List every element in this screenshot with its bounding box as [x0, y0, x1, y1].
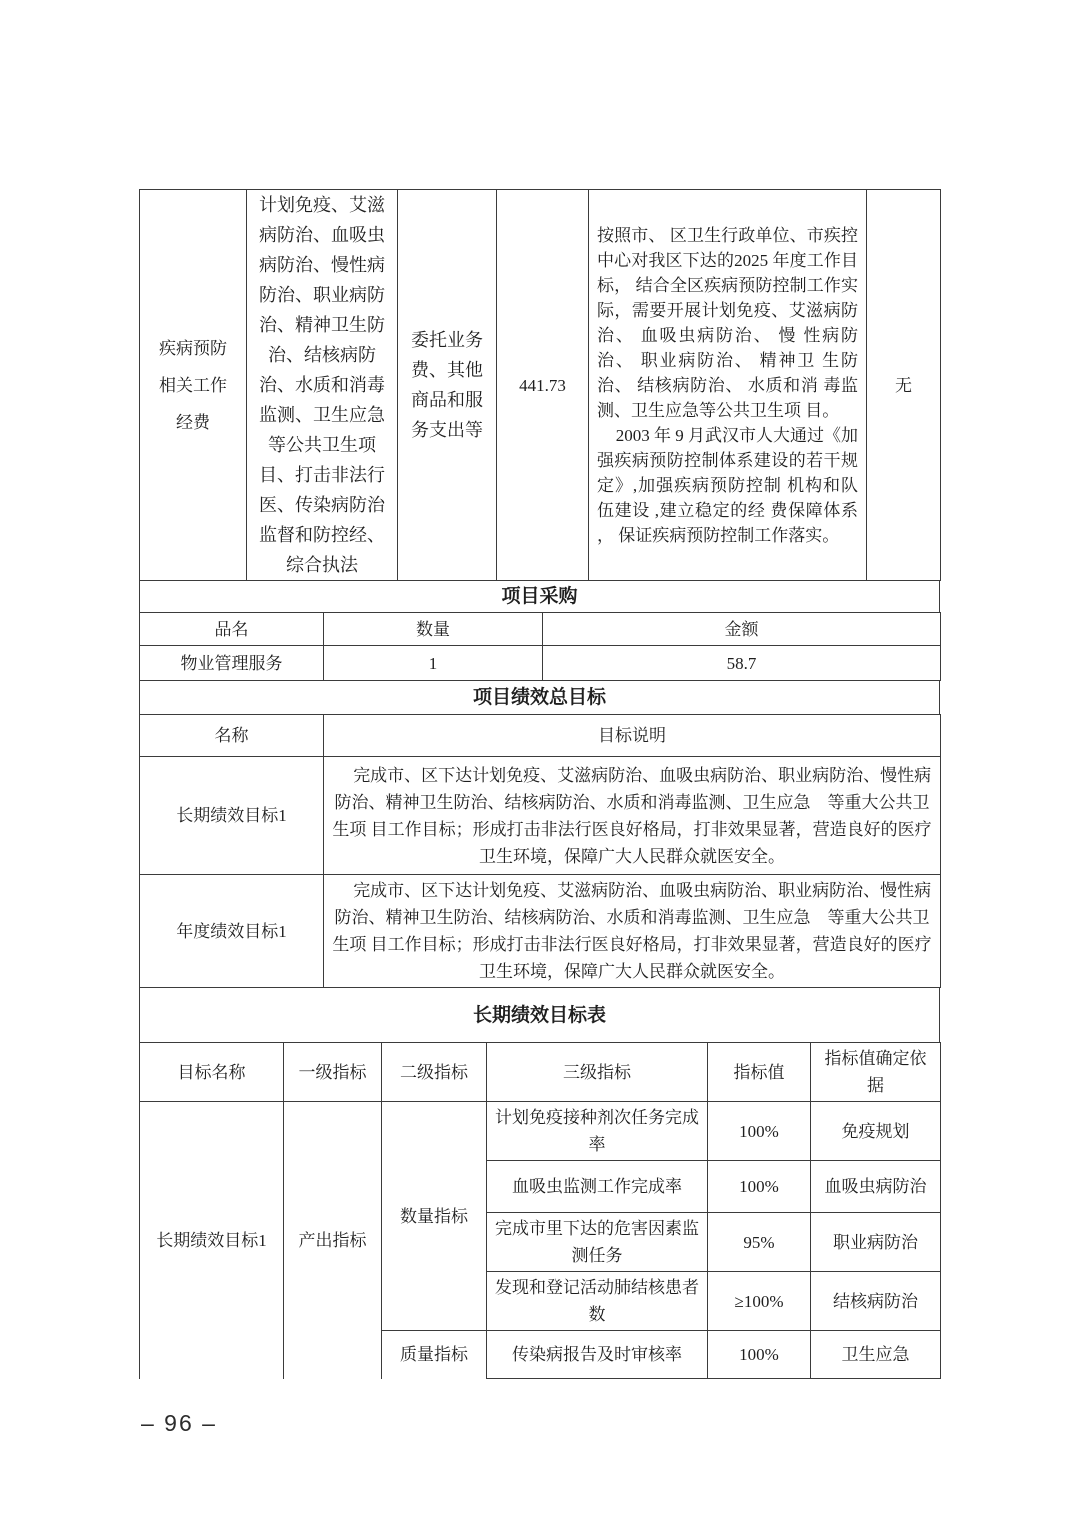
indicator-value-cell: 100% — [708, 1102, 811, 1161]
longterm-goal-row: 长期绩效目标1 完成市、区下达计划免疫、艾滋病防治、血吸虫病防治、职业病防治、慢… — [140, 757, 941, 875]
overall-goals-table: 名称 目标说明 长期绩效目标1 完成市、区下达计划免疫、艾滋病防治、血吸虫病防治… — [139, 714, 941, 988]
level1-indicator-cell: 产出指标 — [284, 1102, 382, 1379]
annual-goal-name-cell: 年度绩效目标1 — [140, 875, 324, 988]
overall-goals-title: 项目绩效总目标 — [140, 681, 940, 715]
procurement-quantity-cell: 1 — [324, 646, 543, 681]
indicator-cell: 血吸虫监测工作完成率 — [487, 1161, 708, 1213]
indicator-basis-cell: 免疫规划 — [811, 1102, 941, 1161]
indicator-header-row: 目标名称 一级指标 二级指标 三级指标 指标值 指标值确定依据 — [140, 1043, 941, 1102]
longterm-goal-description-cell: 完成市、区下达计划免疫、艾滋病防治、血吸虫病防治、职业病防治、慢性病防治、精神卫… — [324, 757, 941, 875]
annual-goal-row: 年度绩效目标1 完成市、区下达计划免疫、艾滋病防治、血吸虫病防治、职业病防治、慢… — [140, 875, 941, 988]
overall-goals-title-table: 项目绩效总目标 — [139, 680, 940, 715]
header-level1-indicator: 一级指标 — [284, 1043, 382, 1102]
indicator-basis-cell: 卫生应急 — [811, 1331, 941, 1379]
header-level3-indicator: 三级指标 — [487, 1043, 708, 1102]
procurement-title: 项目采购 — [140, 581, 940, 613]
longterm-table-title-table: 长期绩效目标表 — [139, 987, 940, 1043]
procurement-data-row: 物业管理服务 1 58.7 — [140, 646, 941, 681]
procurement-item-cell: 物业管理服务 — [140, 646, 324, 681]
expense-remark-cell: 无 — [867, 190, 941, 581]
indicator-basis-cell: 血吸虫病防治 — [811, 1161, 941, 1213]
header-goal-name: 目标名称 — [140, 1043, 284, 1102]
procurement-header-quantity: 数量 — [324, 613, 543, 646]
procurement-amount-cell: 58.7 — [543, 646, 941, 681]
header-indicator-value: 指标值 — [708, 1043, 811, 1102]
procurement-table: 品名 数量 金额 物业管理服务 1 58.7 — [139, 612, 941, 681]
indicator-value-cell: ≥100% — [708, 1272, 811, 1331]
indicator-basis-cell: 结核病防治 — [811, 1272, 941, 1331]
expense-row: 疾病预防相关工作经费 计划免疫、艾滋病防治、血吸虫病防治、慢性病防治、职业病防治… — [140, 190, 941, 581]
expense-category-cell: 委托业务费、其他商品和服务支出等 — [398, 190, 497, 581]
budget-document-tables: 疾病预防相关工作经费 计划免疫、艾滋病防治、血吸虫病防治、慢性病防治、职业病防治… — [139, 190, 940, 1379]
expense-name-cell: 疾病预防相关工作经费 — [140, 190, 247, 581]
procurement-header-row: 品名 数量 金额 — [140, 613, 941, 646]
level2-quantity-cell: 数量指标 — [382, 1102, 487, 1331]
procurement-header-item: 品名 — [140, 613, 324, 646]
expense-content-cell: 计划免疫、艾滋病防治、血吸虫病防治、慢性病防治、职业病防治、精神卫生防治、结核病… — [247, 190, 398, 581]
longterm-goal-name-cell: 长期绩效目标1 — [140, 757, 324, 875]
annual-goal-description-cell: 完成市、区下达计划免疫、艾滋病防治、血吸虫病防治、职业病防治、慢性病防治、精神卫… — [324, 875, 941, 988]
expense-description-cell: 按照市、 区卫生行政单位、市疾控中心对我区下达的2025 年度工作目标， 结合全… — [589, 190, 867, 581]
indicator-cell: 传染病报告及时审核率 — [487, 1331, 708, 1379]
indicator-value-cell: 95% — [708, 1213, 811, 1272]
expense-detail-table: 疾病预防相关工作经费 计划免疫、艾滋病防治、血吸虫病防治、慢性病防治、职业病防治… — [139, 189, 941, 581]
longterm-table-title: 长期绩效目标表 — [140, 988, 940, 1043]
indicator-cell: 发现和登记活动肺结核患者数 — [487, 1272, 708, 1331]
level2-quality-cell: 质量指标 — [382, 1331, 487, 1379]
procurement-header-amount: 金额 — [543, 613, 941, 646]
indicator-value-cell: 100% — [708, 1331, 811, 1379]
expense-description-paragraph-2: 2003 年 9 月武汉市人大通过《加强疾病预防控制体系建设的若干规定》,加强疾… — [597, 423, 858, 548]
indicator-value-cell: 100% — [708, 1161, 811, 1213]
indicator-cell: 计划免疫接种剂次任务完成率 — [487, 1102, 708, 1161]
overall-goals-header-description: 目标说明 — [324, 715, 941, 757]
indicator-cell: 完成市里下达的危害因素监测任务 — [487, 1213, 708, 1272]
indicator-row: 长期绩效目标1 产出指标 数量指标 计划免疫接种剂次任务完成率 100% 免疫规… — [140, 1102, 941, 1161]
page-number: – 96 – — [141, 1410, 217, 1437]
indicator-basis-cell: 职业病防治 — [811, 1213, 941, 1272]
header-value-basis: 指标值确定依据 — [811, 1043, 941, 1102]
expense-description-paragraph-1: 按照市、 区卫生行政单位、市疾控中心对我区下达的2025 年度工作目标， 结合全… — [597, 223, 858, 423]
expense-amount-cell: 441.73 — [497, 190, 589, 581]
longterm-indicator-table: 目标名称 一级指标 二级指标 三级指标 指标值 指标值确定依据 长期绩效目标1 … — [139, 1042, 941, 1379]
procurement-title-table: 项目采购 — [139, 580, 940, 613]
overall-goals-header-row: 名称 目标说明 — [140, 715, 941, 757]
overall-goals-header-name: 名称 — [140, 715, 324, 757]
goal-name-cell: 长期绩效目标1 — [140, 1102, 284, 1379]
header-level2-indicator: 二级指标 — [382, 1043, 487, 1102]
